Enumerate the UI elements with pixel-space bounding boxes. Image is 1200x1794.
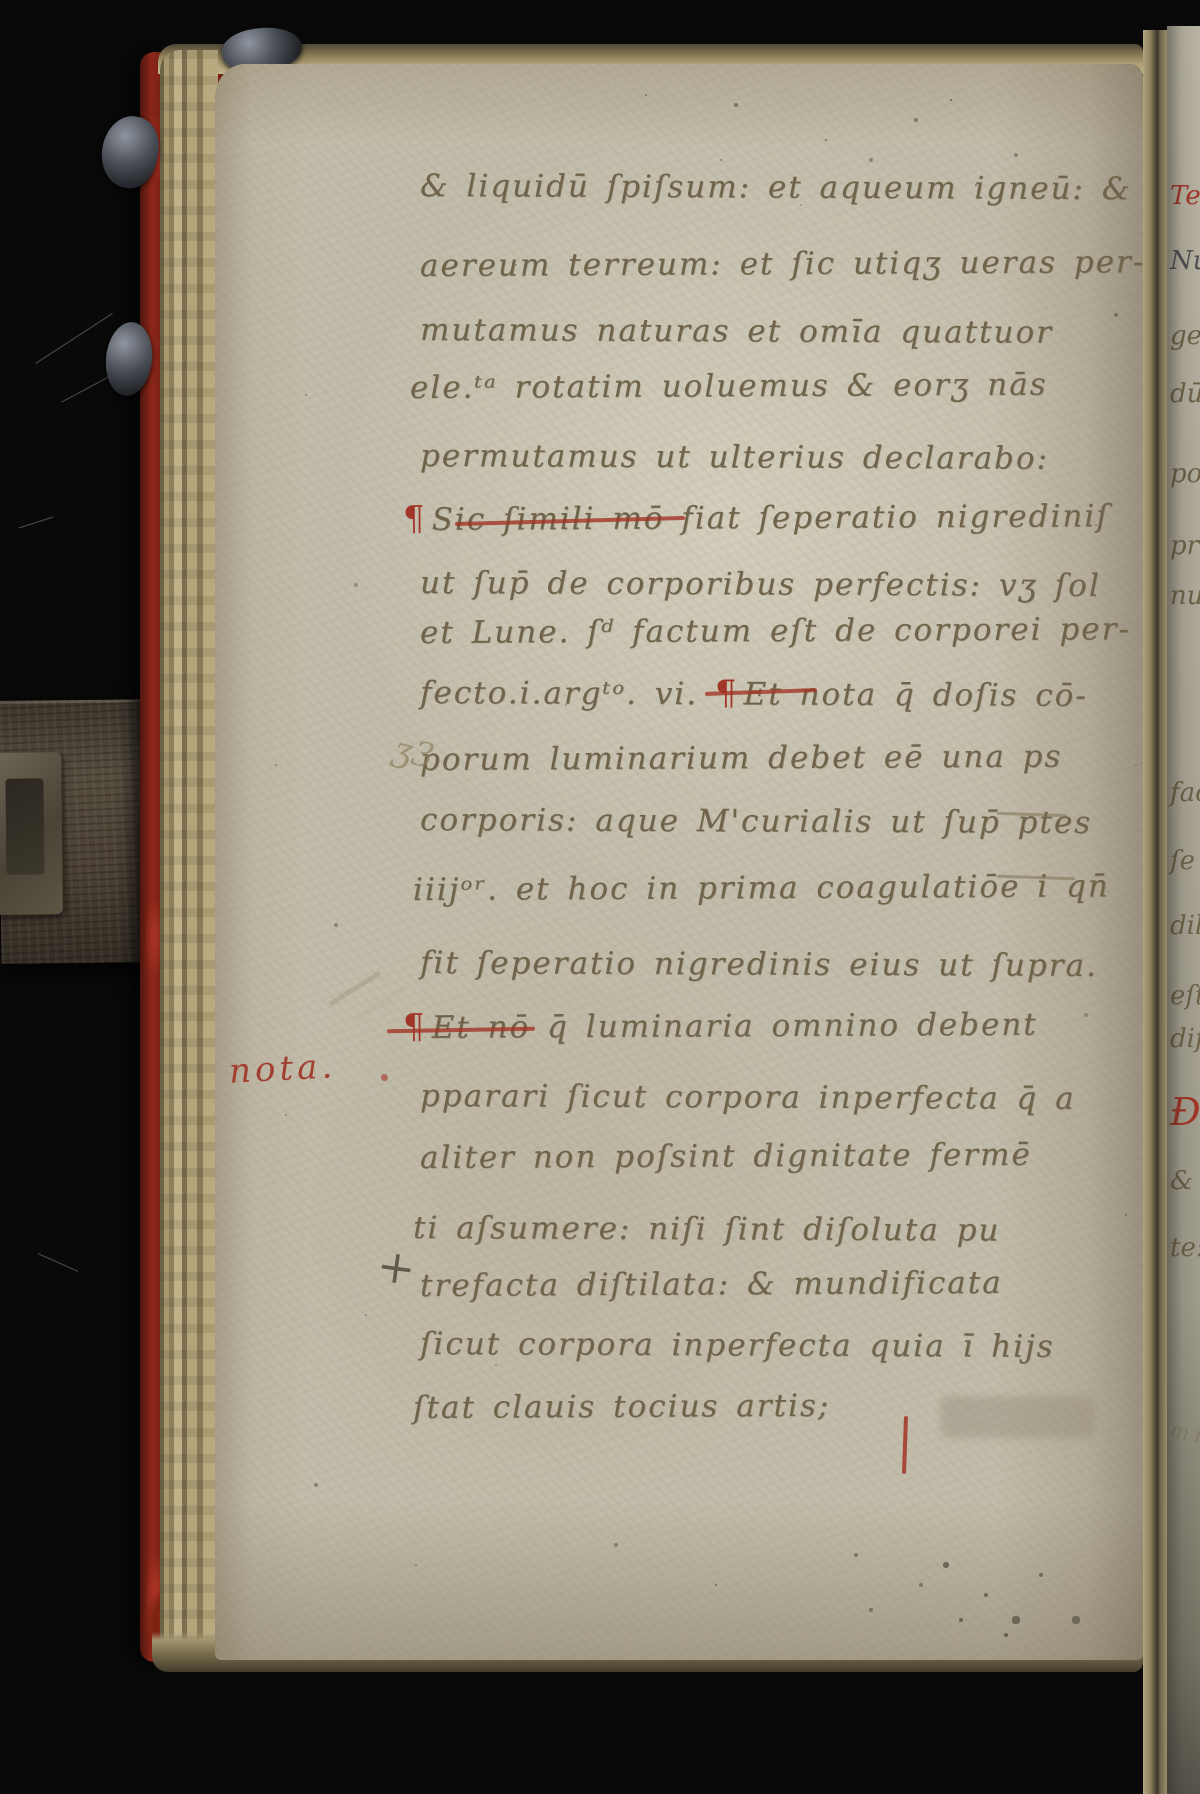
manuscript-line: mutamus naturas et omīa quattuor bbox=[420, 310, 1053, 352]
manuscript-line: pparari ſicut corpora inperfecta q̄ a bbox=[420, 1076, 1076, 1118]
facing-page-sliver: Terre Nu geſt dū po pre nud fact ſe dil … bbox=[1167, 26, 1200, 1794]
clasp-buckle-slot bbox=[5, 778, 44, 874]
margin-note-nota: nota. bbox=[228, 1049, 337, 1089]
manuscript-line: permutamus ut ulterius declarabo: bbox=[420, 436, 1049, 478]
page-gutter-edge bbox=[1143, 30, 1167, 1794]
manuscript-line: aliter non poſsint dignitate fermē bbox=[420, 1135, 1032, 1177]
manuscript-line: iiijᵒʳ. et hoc in prima coagulatiōe i qn… bbox=[413, 866, 1110, 909]
rubric-end-stroke bbox=[902, 1416, 908, 1474]
manuscript-line: & liquidū ſpiſsum: et aqueum igneū: & bbox=[420, 166, 1132, 208]
manuscript-line: aereum terreum: et ſic utiqʒ ueras per- bbox=[420, 242, 1146, 285]
manuscript-line: ele.ᵗᵃ rotatim uoluemus & eorʒ nās bbox=[410, 365, 1048, 407]
facing-page-shadow bbox=[1167, 26, 1200, 1794]
strap-highlight bbox=[0, 699, 157, 704]
pilcrow-mark: ¶ bbox=[403, 499, 427, 539]
manuscript-line: ti aſsumere: niſi ſint diſoluta pu bbox=[413, 1208, 1001, 1250]
parchment-speckles bbox=[215, 64, 217, 66]
background-scratch bbox=[35, 313, 113, 364]
rubric-dot bbox=[381, 1074, 388, 1081]
background-scratch bbox=[38, 1253, 79, 1272]
clasp-buckle bbox=[0, 752, 63, 915]
background-scratch bbox=[19, 516, 54, 528]
leather-clasp-strap bbox=[0, 699, 159, 964]
manuscript-line: ſicut corpora inperfecta quia ī hijs bbox=[420, 1324, 1055, 1366]
manuscript-page: & liquidū ſpiſsum: et aqueum igneū: & ae… bbox=[215, 64, 1143, 1660]
manuscript-line: ut ſup̄ de corporibus perfectis: vʒ ſol bbox=[420, 563, 1101, 605]
manuscript-line: ¶Et nō q̄ luminaria omnino debent bbox=[403, 1005, 1038, 1047]
page-block-left-edge bbox=[160, 50, 218, 1662]
manuscript-line: corporis: aque M'curialis ut ſup̄ ptes bbox=[420, 800, 1092, 842]
margin-flourish-mark: ʒ3 bbox=[389, 732, 437, 775]
manuscript-line: et Lune. ſᵈ factum eſt de corporei per- bbox=[420, 609, 1131, 652]
manuscript-line: ¶Sic ſimili mō fiat ſeperatio nigrediniſ bbox=[403, 496, 1110, 539]
pilcrow-mark: ¶ bbox=[403, 1007, 427, 1047]
margin-smudge bbox=[328, 970, 382, 1006]
manuscript-line: fit ſeperatio nigredinis eius ut ſupra. bbox=[420, 943, 1098, 985]
scan-background: & liquidū ſpiſsum: et aqueum igneū: & ae… bbox=[0, 0, 1200, 1794]
manuscript-line: trefacta diſtilata: & mundificata bbox=[420, 1263, 1003, 1305]
erased-text-smudge bbox=[940, 1396, 1095, 1438]
margin-cross-mark: + bbox=[374, 1242, 419, 1293]
manuscript-line: ſtat clauis tocius artis; bbox=[413, 1386, 830, 1427]
manuscript-line: porum luminarium debet eē una ps bbox=[420, 737, 1063, 779]
background-scratch bbox=[61, 374, 113, 402]
